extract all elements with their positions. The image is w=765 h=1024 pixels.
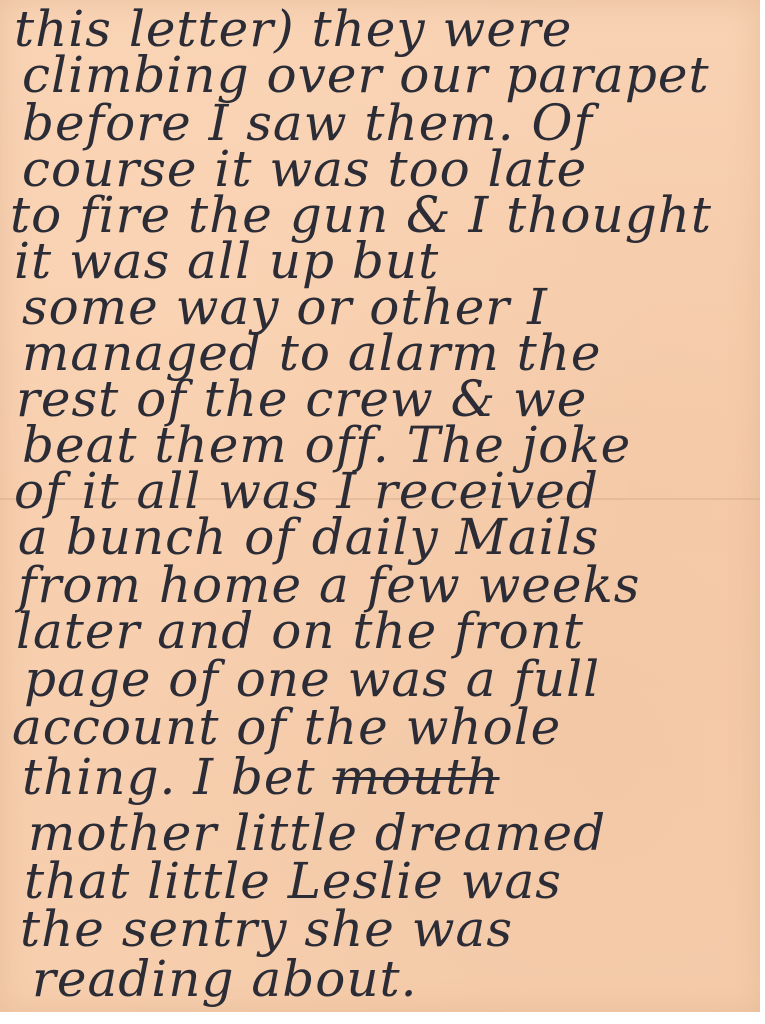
letter-line: later and on the front <box>16 606 584 656</box>
letter-line: the sentry she was <box>20 904 513 954</box>
letter-line: climbing over our parapet <box>22 50 710 100</box>
letter-line: mother little dreamed <box>28 808 606 858</box>
letter-line: account of the whole <box>12 702 561 752</box>
letter-line: thing. I bet mouth <box>22 752 500 802</box>
line-text: thing. I bet <box>22 748 316 806</box>
letter-page: this letter) they were climbing over our… <box>0 0 760 1012</box>
letter-line: page of one was a full <box>24 654 600 704</box>
letter-line: a bunch of daily Mails <box>18 512 599 562</box>
letter-line: that little Leslie was <box>24 856 562 906</box>
struck-word: mouth <box>333 748 500 806</box>
letter-line: reading about. <box>32 954 418 1004</box>
